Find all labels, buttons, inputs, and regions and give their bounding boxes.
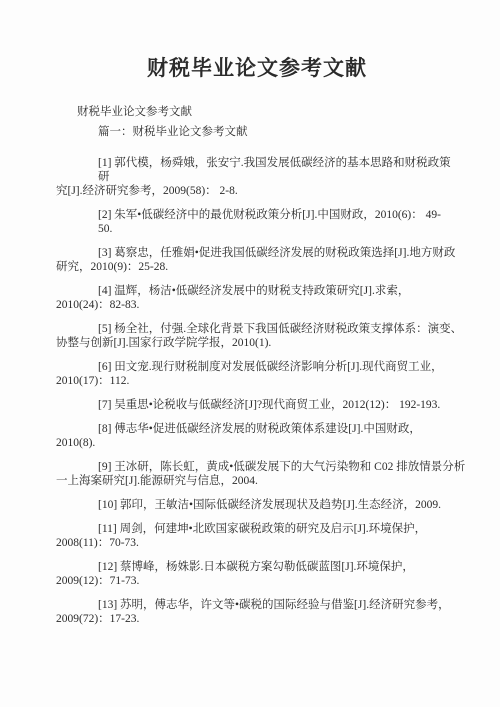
reference-line: [3] 葛察忠，任雅娟•促进我国低碳经济发展的财税政策选择[J].地方财政 (56, 246, 458, 260)
reference-item-3: [3] 葛察忠，任雅娟•促进我国低碳经济发展的财税政策选择[J].地方财政研究，… (56, 246, 458, 274)
reference-line: [8] 傅志华•促进低碳经济发展的财税政策体系建设[J].中国财政， (56, 422, 458, 436)
reference-item-12: [12] 蔡博峰，杨姝影.日本碳税方案勾勒低碳蓝图[J].环境保护，2009(1… (56, 560, 458, 588)
reference-line: 2008(11)：70-73. (56, 536, 458, 550)
document-title: 财税毕业论文参考文献 (56, 0, 458, 81)
reference-list: [1] 郭代模，杨舜娥，张安宁.我国发展低碳经济的基本思路和财税政策研究[J].… (56, 156, 458, 626)
reference-item-2: [2] 朱军•低碳经济中的最优财税政策分析[J].中国财政，2010(6)： 4… (56, 208, 458, 236)
reference-line: 研 (56, 170, 458, 184)
reference-item-13: [13] 苏明，傅志华，许文等•碳税的国际经验与借鉴[J].经济研究参考，200… (56, 598, 458, 626)
reference-item-4: [4] 温辉，杨洁•低碳经济发展中的财税支持政策研究[J].求索，2010(24… (56, 284, 458, 312)
document-page: 财税毕业论文参考文献 财税毕业论文参考文献 篇一：财税毕业论文参考文献 [1] … (0, 0, 500, 707)
reference-item-9: [9] 王冰研，陈长虹，黄成•低碳发展下的大气污染物和 C02 排放情景分析一上… (56, 460, 458, 488)
reference-line: [2] 朱军•低碳经济中的最优财税政策分析[J].中国财政，2010(6)： 4… (56, 208, 458, 222)
reference-item-7: [7] 吴重思•论税收与低碳经济[J]?现代商贸工业，2012(12)： 192… (56, 398, 458, 412)
section-heading: 篇一：财税毕业论文参考文献 (56, 125, 458, 139)
reference-line: 2010(24)：82-83. (56, 298, 458, 312)
reference-line: [1] 郭代模，杨舜娥，张安宁.我国发展低碳经济的基本思路和财税政策 (56, 156, 458, 170)
reference-line: [13] 苏明，傅志华，许文等•碳税的国际经验与借鉴[J].经济研究参考， (56, 598, 458, 612)
reference-item-1: [1] 郭代模，杨舜娥，张安宁.我国发展低碳经济的基本思路和财税政策研究[J].… (56, 156, 458, 198)
document-subtitle: 财税毕业论文参考文献 (56, 105, 458, 119)
reference-line: [4] 温辉，杨洁•低碳经济发展中的财税支持政策研究[J].求索， (56, 284, 458, 298)
reference-line: 一上海案研究[J].能源研究与信息，2004. (56, 474, 458, 488)
reference-line: 50. (56, 222, 458, 236)
reference-item-10: [10] 郭印，王敏洁•国际低碳经济发展现状及趋势[J].生态经济，2009. (56, 498, 458, 512)
reference-line: [6] 田文宠.现行财税制度对发展低碳经济影响分析[J].现代商贸工业， (56, 360, 458, 374)
reference-line: 2009(72)：17-23. (56, 612, 458, 626)
reference-line: [9] 王冰研，陈长虹，黄成•低碳发展下的大气污染物和 C02 排放情景分析 (56, 460, 458, 474)
reference-item-8: [8] 傅志华•促进低碳经济发展的财税政策体系建设[J].中国财政，2010(8… (56, 422, 458, 450)
reference-item-6: [6] 田文宠.现行财税制度对发展低碳经济影响分析[J].现代商贸工业，2010… (56, 360, 458, 388)
reference-line: 研究，2010(9)：25-28. (56, 260, 458, 274)
reference-line: 2010(17)：112. (56, 374, 458, 388)
reference-line: 2010(8). (56, 436, 458, 450)
reference-line: 协整与创新[J].国家行政学院学报，2010(1). (56, 336, 458, 350)
reference-line: [11] 周剑，何建坤•北欧国家碳税政策的研究及启示[J].环境保护， (56, 522, 458, 536)
reference-line: [5] 杨全社，付强.全球化背景下我国低碳经济财税政策支撑体系：演变、 (56, 322, 458, 336)
reference-line: [10] 郭印，王敏洁•国际低碳经济发展现状及趋势[J].生态经济，2009. (56, 498, 458, 512)
reference-line: [7] 吴重思•论税收与低碳经济[J]?现代商贸工业，2012(12)： 192… (56, 398, 458, 412)
reference-item-5: [5] 杨全社，付强.全球化背景下我国低碳经济财税政策支撑体系：演变、协整与创新… (56, 322, 458, 350)
reference-line: 2009(12)：71-73. (56, 574, 458, 588)
reference-item-11: [11] 周剑，何建坤•北欧国家碳税政策的研究及启示[J].环境保护，2008(… (56, 522, 458, 550)
reference-line: 究[J].经济研究参考，2009(58)： 2-8. (56, 184, 458, 198)
reference-line: [12] 蔡博峰，杨姝影.日本碳税方案勾勒低碳蓝图[J].环境保护， (56, 560, 458, 574)
